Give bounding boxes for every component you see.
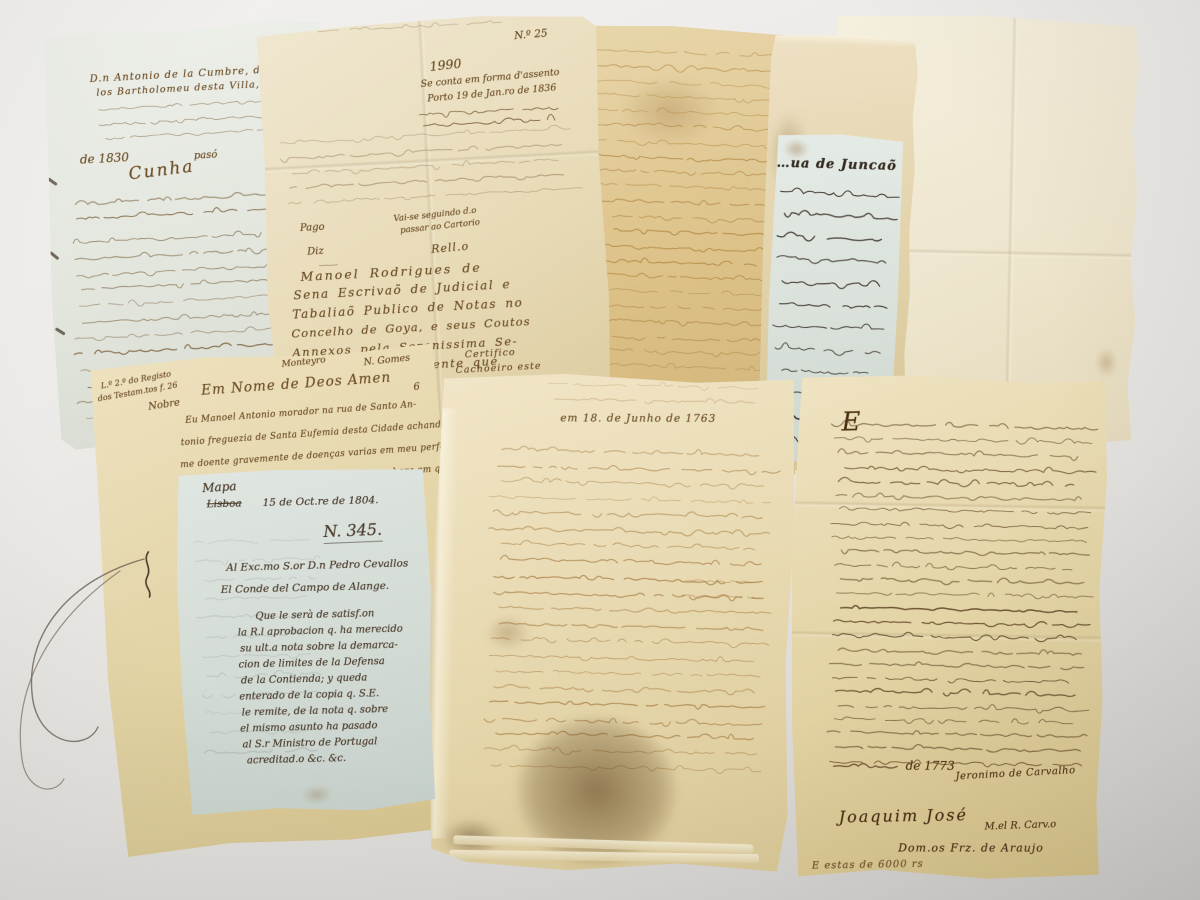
handwriting-scribble: [825, 759, 905, 776]
body-line: al S.r Ministro de Portugal: [242, 736, 377, 750]
page-number: 6: [413, 382, 420, 393]
paso-note: pasó: [194, 149, 218, 161]
letter-number: N. 345.: [323, 520, 383, 544]
margin-note-scribble: [676, 575, 765, 607]
body-line: le remite, de la nota q. sobre: [242, 704, 389, 719]
handwriting-scribble: [823, 419, 1097, 776]
body-line: cion de limites de la Defensa: [238, 656, 384, 671]
letter-heading: Mapa: [202, 479, 237, 495]
body-line: enterado de la copia q. S.E.: [239, 688, 379, 702]
body-line: Que le serà de satisf.on: [255, 608, 374, 622]
testament-heading: Em Nome de Deos Amen: [201, 370, 392, 399]
binding-stitch: [49, 251, 59, 260]
binding-stitch: [55, 327, 66, 335]
body-line: Eu Manoel Antonio morador na rua de Sant…: [185, 400, 417, 426]
junho-1763-record: em 18. de Junho de 1763: [423, 368, 798, 876]
loose-binding-thread: [2, 545, 152, 805]
margin-line: Nobre: [148, 397, 181, 412]
struck-place-name: Lisboa: [206, 498, 241, 511]
foxing-spot: [302, 785, 332, 804]
document-number: N.º 25: [514, 27, 548, 42]
margin-word: Diz: [307, 246, 324, 258]
docket-number: 1990: [429, 56, 462, 74]
carta-1773: E de 1773 Jeronimo de Carvalho Joaquim J…: [786, 372, 1110, 882]
handwriting-scribble: [309, 16, 510, 42]
closing-line: E estas de 6000 rs: [812, 859, 924, 872]
body-line: acreditad.o &c. &c.: [247, 753, 346, 766]
body-line: el mismo asunto ha pasado: [240, 720, 378, 734]
signature: M.el R. Carv.o: [984, 819, 1056, 832]
date-line: em 18. de Junho de 1763: [560, 412, 716, 425]
signature: Dom.os Frz. de Araujo: [898, 841, 1044, 854]
top-note: Monteyro: [281, 355, 326, 370]
margin-word: Pago: [300, 222, 325, 234]
body-line: de la Contienda; y queda: [241, 673, 368, 687]
clerk-signature: Rell.o: [431, 240, 470, 256]
date-fragment: de 1773: [906, 759, 955, 773]
binding-stitch: [47, 177, 57, 185]
signature: Joaquim José: [839, 805, 969, 826]
cunha-signature: Cunha: [128, 156, 196, 184]
foxing-spot: [1095, 347, 1118, 377]
column-line: Certifico: [465, 347, 516, 361]
handwriting-scribble: [277, 122, 586, 216]
photograph-of-manuscripts: …ua de Juncaõ maõ D.n Antonio de la Cumb…: [0, 0, 1200, 900]
top-note: N. Gomes: [363, 352, 410, 368]
cevallos-letter: Mapa Lisboa 15 de Oct.re de 1804. N. 345…: [174, 465, 437, 816]
letter-date: 15 de Oct.re de 1804.: [262, 494, 378, 509]
date-fragment: de 1830: [80, 150, 130, 167]
